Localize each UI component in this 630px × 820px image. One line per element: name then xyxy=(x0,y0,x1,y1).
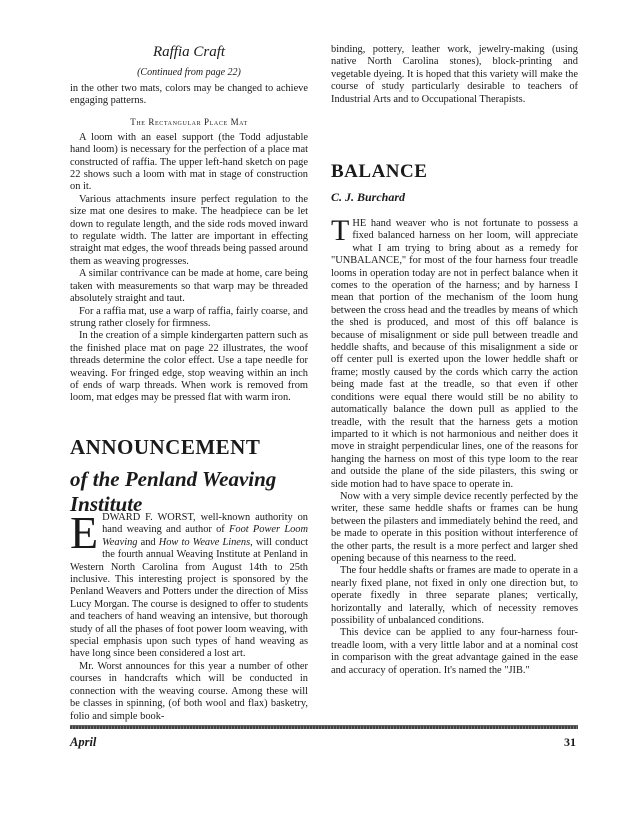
balance-paragraph: Now with a very simple device recently p… xyxy=(331,491,578,565)
author-byline: C. J. Burchard xyxy=(331,190,405,205)
drop-cap: E xyxy=(70,514,98,552)
balance-paragraph: This device can be applied to any four-h… xyxy=(331,627,578,677)
raffia-paragraph: A similar contrivance can be made at hom… xyxy=(70,268,308,305)
raffia-paragraph: In the creation of a simple kindergarten… xyxy=(70,330,308,404)
drop-cap: T xyxy=(331,219,349,243)
announcement-text: and xyxy=(138,537,159,548)
announcement-continued: binding, pottery, leather work, jewelry-… xyxy=(331,44,578,106)
balance-text: HE hand weaver who is not fortunate to p… xyxy=(331,218,578,490)
raffia-article-body: in the other two mats, colors may be cha… xyxy=(70,83,308,405)
balance-paragraph: The four heddle shafts or frames are mad… xyxy=(331,565,578,627)
announcement-paragraph: Mr. Worst announces for this year a numb… xyxy=(70,661,308,723)
announcement-paragraph: EDWARD F. WORST, well-known authority on… xyxy=(70,512,308,661)
section-heading: The Rectangular Place Mat xyxy=(70,117,308,127)
continued-note: (Continued from page 22) xyxy=(70,67,308,78)
raffia-paragraph: Various attachments insure perfect regul… xyxy=(70,194,308,268)
footer-month: April xyxy=(70,735,96,750)
book-title: How to Weave Linens xyxy=(159,537,250,548)
announcement-title: ANNOUNCEMENT xyxy=(70,435,260,460)
raffia-craft-title: Raffia Craft xyxy=(70,44,308,61)
announcement-continued-block: binding, pottery, leather work, jewelry-… xyxy=(331,44,578,106)
announcement-subtitle: of the Penland Weaving Institute xyxy=(70,467,308,517)
wavy-divider-rule xyxy=(70,725,578,729)
raffia-intro: in the other two mats, colors may be cha… xyxy=(70,83,308,108)
announcement-text: , will conduct the fourth annual Weaving… xyxy=(70,537,308,660)
announcement-body: EDWARD F. WORST, well-known authority on… xyxy=(70,512,308,723)
raffia-paragraph: A loom with an easel support (the Todd a… xyxy=(70,132,308,194)
balance-title: BALANCE xyxy=(331,161,427,183)
balance-article-body: THE hand weaver who is not fortunate to … xyxy=(331,218,578,677)
raffia-paragraph: For a raffia mat, use a warp of raffia, … xyxy=(70,306,308,331)
balance-paragraph: THE hand weaver who is not fortunate to … xyxy=(331,218,578,491)
page-number: 31 xyxy=(564,735,576,750)
